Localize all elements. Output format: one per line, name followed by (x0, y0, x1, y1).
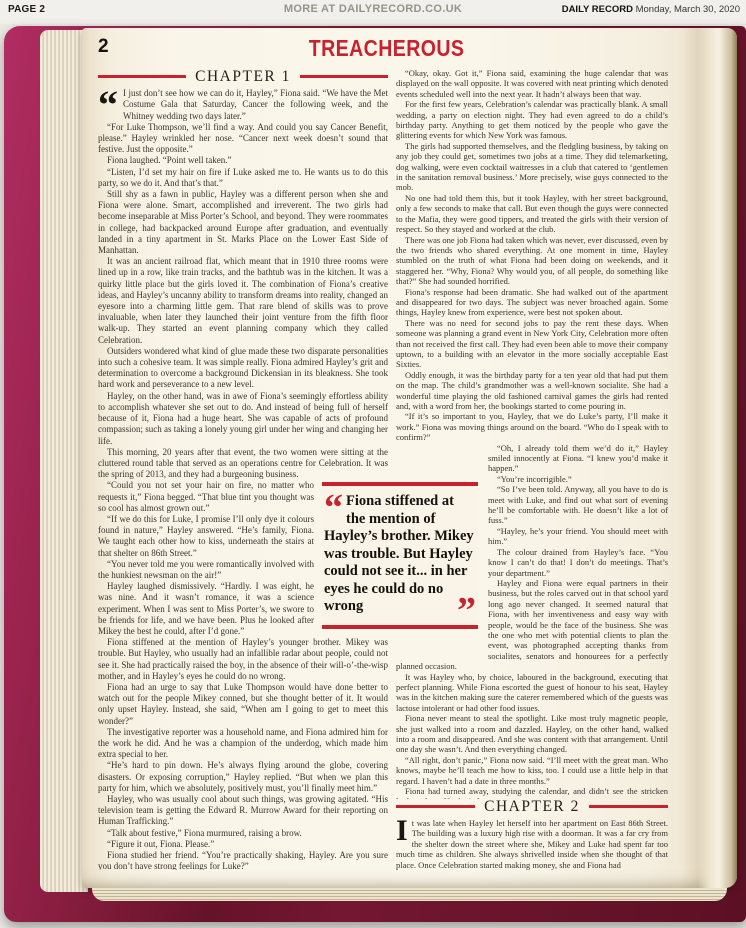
pull-quote-text: Fiona stiffened at the mention of Hayley… (324, 493, 474, 614)
open-book: 2 TREACHEROUS CHAPTER 1 “ I just don’t s… (4, 26, 746, 922)
paragraph: Hayley, who was usually cool about such … (98, 794, 388, 828)
paragraph: Fiona laughed. “Point well taken.” (98, 155, 388, 166)
left-column: CHAPTER 1 “ I just don’t see how we can … (98, 68, 388, 870)
left-column-text-upper: I just don’t see how we can do it, Hayle… (98, 88, 388, 480)
paragraph: “For Luke Thompson, we’ll find a way. An… (98, 122, 388, 156)
story-title: TREACHEROUS (98, 34, 675, 62)
red-rule (396, 805, 475, 808)
masthead-date: DAILY RECORD Monday, March 30, 2020 (562, 4, 740, 15)
paragraph: It was an ancient railroad flat, which m… (98, 256, 388, 346)
paragraph: “Okay, okay. Got it,” Fiona said, examin… (396, 68, 668, 99)
brand-name: DAILY RECORD (562, 4, 633, 15)
red-rule (300, 75, 388, 78)
paragraph: Fiona studied her friend. “You’re practi… (98, 850, 388, 870)
paragraph: “He’s hard to pin down. He’s always flyi… (98, 760, 388, 794)
paragraph: Fiona never meant to steal the spotlight… (396, 713, 668, 755)
page-content: 2 TREACHEROUS CHAPTER 1 “ I just don’t s… (98, 34, 675, 876)
pull-quote-close-quote-icon: ” (457, 601, 476, 621)
paragraph: For the first few years, Celebration’s c… (396, 99, 668, 141)
paragraph: “Listen, I’d set my hair on fire if Luke… (98, 167, 388, 189)
paragraph: Fiona stiffened at the mention of Hayley… (98, 637, 388, 682)
title-bar: 2 TREACHEROUS (98, 34, 675, 66)
chapter-2-section: CHAPTER 2 It was late when Hayley let he… (396, 799, 668, 870)
pull-quote: “ Fiona stiffened at the mention of Hayl… (322, 482, 478, 629)
paragraph: There was one job Fiona had taken which … (396, 235, 668, 287)
paragraph: “Figure it out, Fiona. Please.” (98, 839, 388, 850)
red-rule (98, 75, 186, 78)
paragraph: Still shy as a fawn in public, Hayley wa… (98, 189, 388, 256)
paragraph: The girls had supported themselves, and … (396, 141, 668, 193)
paragraph: I just don’t see how we can do it, Hayle… (98, 88, 388, 122)
right-column: “Okay, okay. Got it,” Fiona said, examin… (396, 68, 668, 870)
paragraph: It was Hayley who, by choice, laboured i… (396, 672, 668, 714)
page-stack-edge (40, 30, 88, 892)
issue-date: Monday, March 30, 2020 (633, 4, 740, 15)
page-number: 2 (98, 36, 109, 58)
newspaper-page: 2 TREACHEROUS CHAPTER 1 “ I just don’t s… (82, 28, 737, 888)
newspaper-top-strip: PAGE 2 MORE AT DAILYRECORD.CO.UK DAILY R… (0, 0, 746, 24)
paragraph: No one had told them this, but it took H… (396, 193, 668, 235)
paragraph: There was no need for second jobs to pay… (396, 318, 668, 370)
right-column-text-upper: “Okay, okay. Got it,” Fiona said, examin… (396, 68, 668, 443)
paragraph: This morning, 20 years after that event,… (98, 447, 388, 481)
paragraph: “If it’s so important to you, Hayley, th… (396, 411, 668, 442)
red-rule (589, 805, 668, 808)
paragraph: Fiona had an urge to say that Luke Thomp… (98, 682, 388, 727)
pull-quote-open-quote-icon: “ (324, 493, 346, 523)
chapter-2-paragraph: It was late when Hayley let herself into… (396, 818, 668, 870)
right-column-flow: “Okay, okay. Got it,” Fiona said, examin… (396, 68, 668, 799)
chapter-1-heading: CHAPTER 1 (98, 71, 388, 82)
paragraph: The investigative reporter was a househo… (98, 727, 388, 761)
paragraph: Oddly enough, it was the birthday party … (396, 370, 668, 412)
chapter-2-heading: CHAPTER 2 (396, 802, 668, 812)
paragraph: Fiona had turned away, studying the cale… (396, 786, 668, 799)
paragraph: Fiona’s response had been dramatic. She … (396, 287, 668, 318)
text-columns: CHAPTER 1 “ I just don’t see how we can … (98, 68, 675, 870)
page-bottom-edge (92, 888, 727, 901)
paragraph: Hayley, on the other hand, was in awe of… (98, 391, 388, 447)
paragraph: “Talk about festive,” Fiona murmured, ra… (98, 828, 388, 839)
opening-quote-icon: “ (98, 88, 123, 116)
paragraph: “All right, don’t panic,” Fiona now said… (396, 755, 668, 786)
paragraph: Outsiders wondered what kind of glue mad… (98, 346, 388, 391)
page-curl (681, 28, 737, 888)
